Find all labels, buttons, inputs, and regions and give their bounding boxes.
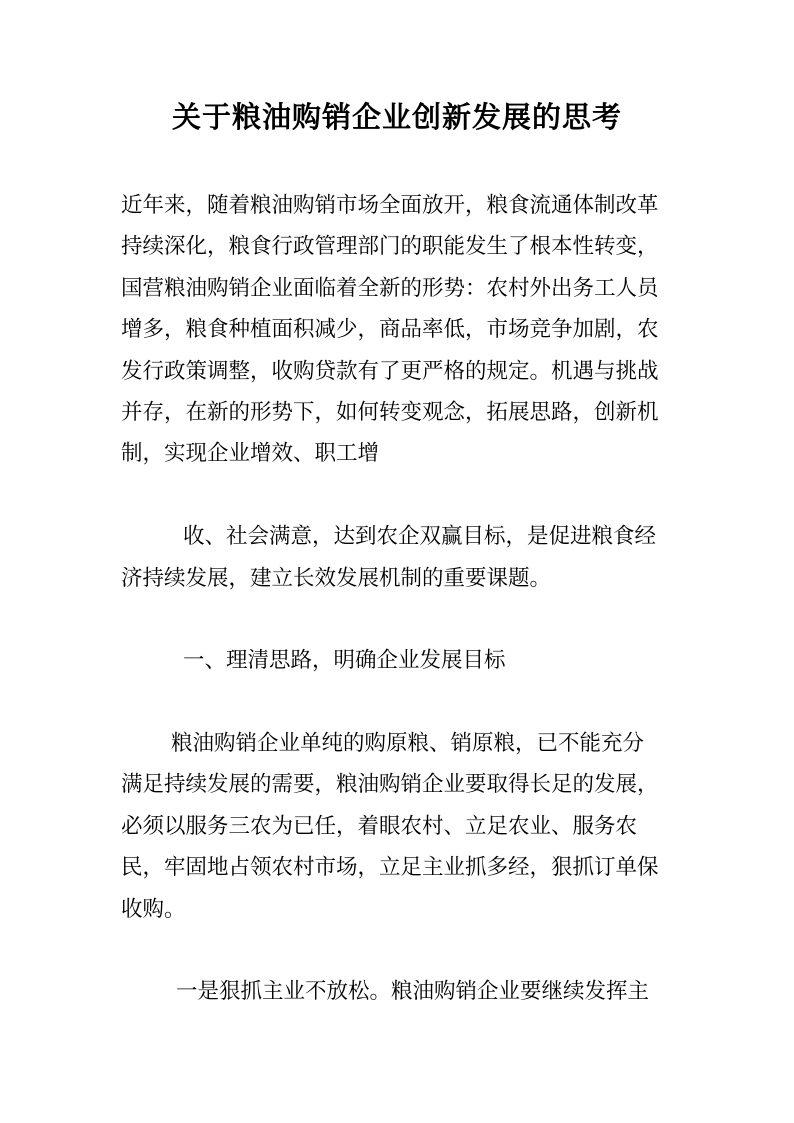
text-line: 民，牢固地占领农村市场，立足主业抓多经，狠抓订单保 <box>121 847 684 888</box>
text-line: 并存，在新的形势下，如何转变观念，拓展思路，创新机 <box>121 392 684 433</box>
document-title: 关于粮油购销企业创新发展的思考 <box>0 95 794 141</box>
document-body: 近年来，随着粮油购销市场全面放开，粮食流通体制改革持续深化，粮食行政管理部门的职… <box>0 185 794 1013</box>
text-line: 一、理清思路，明确企业发展目标 <box>183 640 684 681</box>
text-line: 国营粮油购销企业面临着全新的形势：农村外出务工人员 <box>121 268 684 309</box>
text-line: 一是狠抓主业不放松。粮油购销企业要继续发挥主 <box>176 971 684 1012</box>
text-line: 制，实现企业增效、职工增 <box>121 433 684 474</box>
text-line: 粮油购销企业单纯的购原粮、销原粮，已不能充分 <box>171 723 684 764</box>
paragraph-intro: 近年来，随着粮油购销市场全面放开，粮食流通体制改革持续深化，粮食行政管理部门的职… <box>121 185 684 475</box>
text-line: 收、社会满意，达到农企双赢目标，是促进粮食经 <box>183 516 684 557</box>
text-line: 必须以服务三农为已任，着眼农村、立足农业、服务农 <box>121 806 684 847</box>
text-line: 增多，粮食种植面积减少，商品率低，市场竞争加剧，农 <box>121 309 684 350</box>
paragraph-section-heading-1: 一、理清思路，明确企业发展目标 <box>121 640 684 681</box>
paragraph-para-development-goal: 粮油购销企业单纯的购原粮、销原粮，已不能充分满足持续发展的需要，粮油购销企业要取… <box>121 723 684 930</box>
paragraph-para-main-business: 一是狠抓主业不放松。粮油购销企业要继续发挥主 <box>121 971 684 1012</box>
text-line: 近年来，随着粮油购销市场全面放开，粮食流通体制改革 <box>121 185 684 226</box>
paragraph-continuation: 收、社会满意，达到农企双赢目标，是促进粮食经济持续发展，建立长效发展机制的重要课… <box>121 516 684 599</box>
text-line: 满足持续发展的需要，粮油购销企业要取得长足的发展， <box>121 764 684 805</box>
document-page: 关于粮油购销企业创新发展的思考 近年来，随着粮油购销市场全面放开，粮食流通体制改… <box>0 0 794 1123</box>
text-line: 持续深化，粮食行政管理部门的职能发生了根本性转变， <box>121 226 684 267</box>
text-line: 发行政策调整，收购贷款有了更严格的规定。机遇与挑战 <box>121 351 684 392</box>
text-line: 收购。 <box>121 889 684 930</box>
text-line: 济持续发展，建立长效发展机制的重要课题。 <box>121 558 684 599</box>
